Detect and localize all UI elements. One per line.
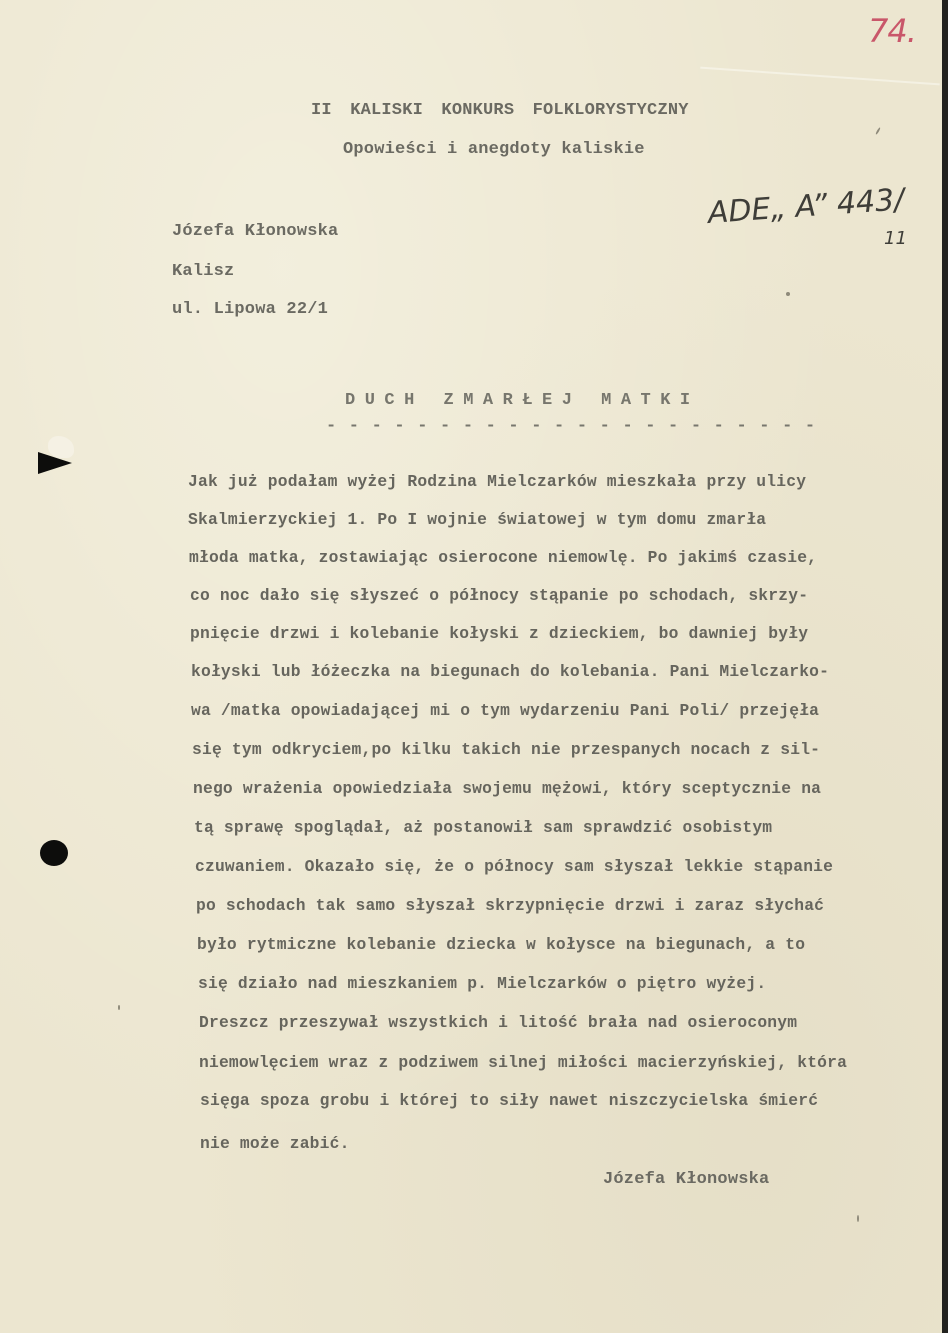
body-line: czuwaniem. Okazało się, że o północy sam… <box>195 857 833 876</box>
body-line: Dreszcz przeszywał wszystkich i litość b… <box>199 1013 797 1032</box>
body-line: niemowlęciem wraz z podziwem silnej miło… <box>199 1053 847 1072</box>
body-line: pnięcie drzwi i kolebanie kołyski z dzie… <box>190 624 808 643</box>
archive-signature-sub: 11 <box>884 228 907 249</box>
body-line: kołyski lub łóżeczka na biegunach do kol… <box>191 662 829 681</box>
body-line: nie może zabić. <box>200 1134 350 1153</box>
body-line: nego wrażenia opowiedziała swojemu mężow… <box>193 779 821 798</box>
author-signature: Józefa Kłonowska <box>603 1170 769 1189</box>
contest-subtitle: Opowieści i anegdoty kaliskie <box>343 140 645 159</box>
paper-speck <box>786 292 790 296</box>
paper-speck <box>118 1005 120 1010</box>
page-number: 74. <box>868 12 916 50</box>
body-line: Skalmierzyckiej 1. Po I wojnie światowej… <box>188 510 766 529</box>
paper-speck <box>875 127 881 135</box>
body-line: sięga spoza grobu i której to siły nawet… <box>200 1091 818 1110</box>
paper-speck <box>857 1215 859 1222</box>
punch-hole-dot-icon <box>40 840 68 866</box>
body-line: było rytmiczne kolebanie dziecka w kołys… <box>197 935 805 954</box>
body-line: wa /matka opowiadającej mi o tym wydarze… <box>191 701 819 720</box>
body-line: Jak już podałam wyżej Rodzina Mielczarkó… <box>188 472 806 491</box>
story-title: DUCH ZMARŁEJ MATKI <box>345 391 700 410</box>
author-city: Kalisz <box>172 262 234 281</box>
body-line: młoda matka, zostawiając osierocone niem… <box>189 548 817 567</box>
body-line: co noc dało się słyszeć o północy stąpan… <box>190 586 808 605</box>
body-line: się tym odkryciem,po kilku takich nie pr… <box>192 740 820 759</box>
punch-hole-arrow-icon <box>38 452 72 474</box>
author-address: ul. Lipowa 22/1 <box>172 300 328 319</box>
author-name: Józefa Kłonowska <box>172 222 338 241</box>
body-line: się działo nad mieszkaniem p. Mielczarkó… <box>198 974 766 993</box>
title-underline: - - - - - - - - - - - - - - - - - - - - … <box>326 417 816 436</box>
document-page: 74. ADE„ A” 443/ 11 II KALISKI KONKURS F… <box>0 0 942 1333</box>
body-line: po schodach tak samo słyszał skrzypnięci… <box>196 896 824 915</box>
paper-fold-mark <box>700 67 940 86</box>
archive-signature: ADE„ A” 443/ <box>707 182 906 231</box>
body-line: tą sprawę spoglądał, aż postanowił sam s… <box>194 818 772 837</box>
contest-title: II KALISKI KONKURS FOLKLORYSTYCZNY <box>311 101 689 120</box>
scan-edge <box>942 0 948 1333</box>
